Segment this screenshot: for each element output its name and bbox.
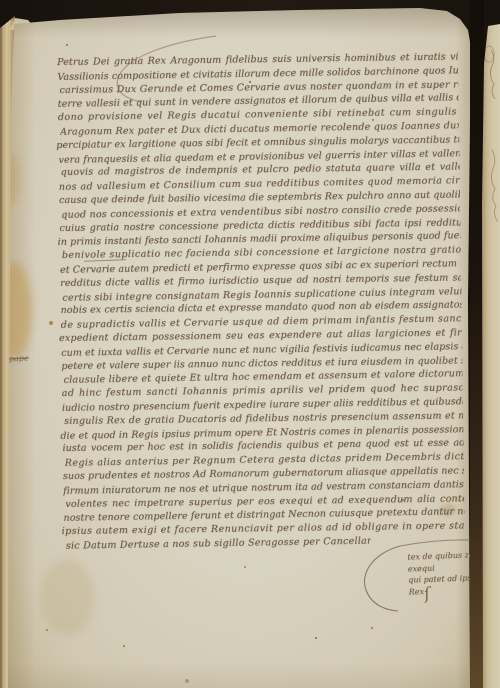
struck-marginal-word: pape xyxy=(9,353,29,363)
next-page-pen-marks xyxy=(482,24,500,688)
next-page-edge xyxy=(482,24,500,688)
page-bottom-shadow xyxy=(6,662,476,688)
foxing-specks xyxy=(66,44,68,46)
stain xyxy=(40,560,94,636)
book-gutter-shadow xyxy=(470,0,484,688)
page-top-shadow xyxy=(6,4,476,38)
text-block: Petrus Dei gratia Rex Aragonum fidelibus… xyxy=(57,50,465,562)
book-photo: Petrus Dei gratia Rex Aragonum fidelibus… xyxy=(0,0,500,688)
